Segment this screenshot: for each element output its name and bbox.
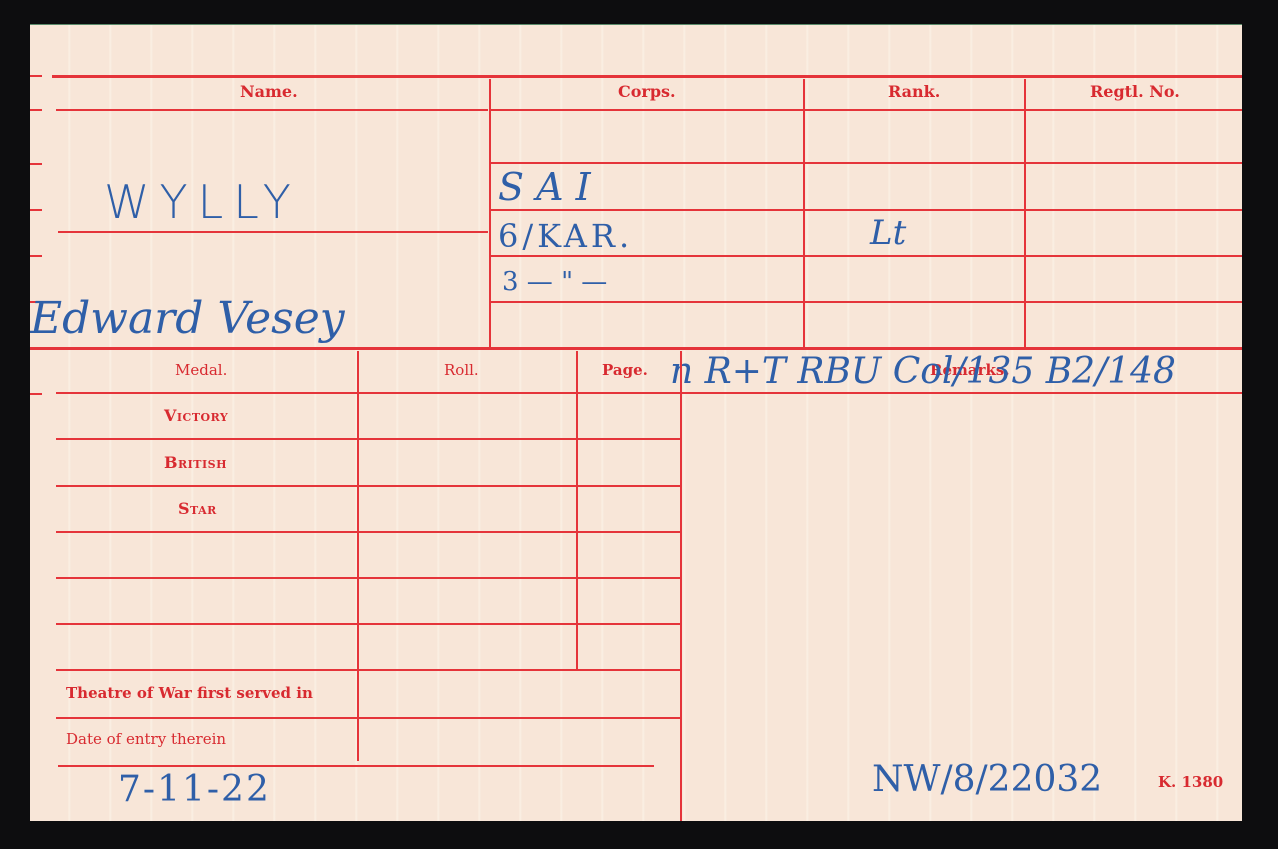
theatre-rule bbox=[56, 717, 680, 719]
medal-victory: Victory bbox=[164, 406, 228, 425]
name-header-rule bbox=[56, 109, 488, 111]
name-header: Name. bbox=[240, 82, 298, 101]
medal-header: Medal. bbox=[175, 361, 227, 379]
corps-entry-1: S A I bbox=[498, 165, 591, 209]
section-rule bbox=[30, 347, 1242, 350]
regtl-no-header: Regtl. No. bbox=[1090, 82, 1180, 101]
medal-row-rule bbox=[56, 485, 680, 487]
margin-mark bbox=[30, 109, 42, 111]
medal-row-rule bbox=[56, 623, 680, 625]
margin-mark bbox=[30, 393, 42, 395]
theatre-label: Theatre of War first served in bbox=[66, 684, 313, 702]
remarks-divider bbox=[680, 351, 682, 821]
row-rule bbox=[490, 209, 1242, 211]
row-rule bbox=[490, 162, 1242, 164]
row-rule bbox=[490, 255, 1242, 257]
forenames-value: Edward Vesey bbox=[30, 293, 345, 344]
rank-divider bbox=[803, 79, 805, 347]
form-number: K. 1380 bbox=[1158, 773, 1223, 791]
medal-header-rule bbox=[56, 392, 1242, 394]
header-rule bbox=[490, 109, 1242, 111]
page-divider bbox=[576, 351, 578, 669]
medal-british: British bbox=[164, 453, 227, 472]
medal-index-card: Name. Corps. Rank. Regtl. No. WYLLY Edwa… bbox=[30, 24, 1242, 821]
roll-header: Roll. bbox=[444, 361, 479, 379]
date-entry-label: Date of entry therein bbox=[66, 730, 226, 748]
roll-divider bbox=[357, 351, 359, 761]
surname-rule bbox=[58, 231, 488, 233]
regtl-divider bbox=[1024, 79, 1026, 347]
margin-mark bbox=[30, 209, 42, 211]
corps-entry-3: 3 — " — bbox=[502, 267, 607, 297]
medal-star: Star bbox=[178, 499, 217, 518]
corps-header: Corps. bbox=[618, 82, 676, 101]
margin-mark bbox=[30, 255, 42, 257]
corps-divider bbox=[489, 79, 491, 347]
remarks-value: n R+T RBU Col/135 B2/148 bbox=[670, 351, 1176, 392]
medal-row-rule bbox=[56, 577, 680, 579]
medal-row-rule bbox=[56, 438, 680, 440]
surname-value: WYLLY bbox=[104, 175, 301, 229]
reference-number: NW/8/22032 bbox=[872, 759, 1102, 800]
corps-entry-2: 6/KAR. bbox=[498, 217, 633, 255]
medal-row-rule bbox=[56, 531, 680, 533]
page-header: Page. bbox=[602, 361, 648, 379]
date-rule bbox=[58, 765, 654, 767]
margin-mark bbox=[30, 163, 42, 165]
date-entry-value: 7-11-22 bbox=[118, 769, 271, 810]
medal-row-rule bbox=[56, 669, 680, 671]
rank-header: Rank. bbox=[888, 82, 940, 101]
row-rule bbox=[490, 301, 1242, 303]
rank-entry: Lt bbox=[870, 213, 906, 253]
margin-mark bbox=[30, 75, 42, 77]
top-rule bbox=[52, 75, 1242, 78]
